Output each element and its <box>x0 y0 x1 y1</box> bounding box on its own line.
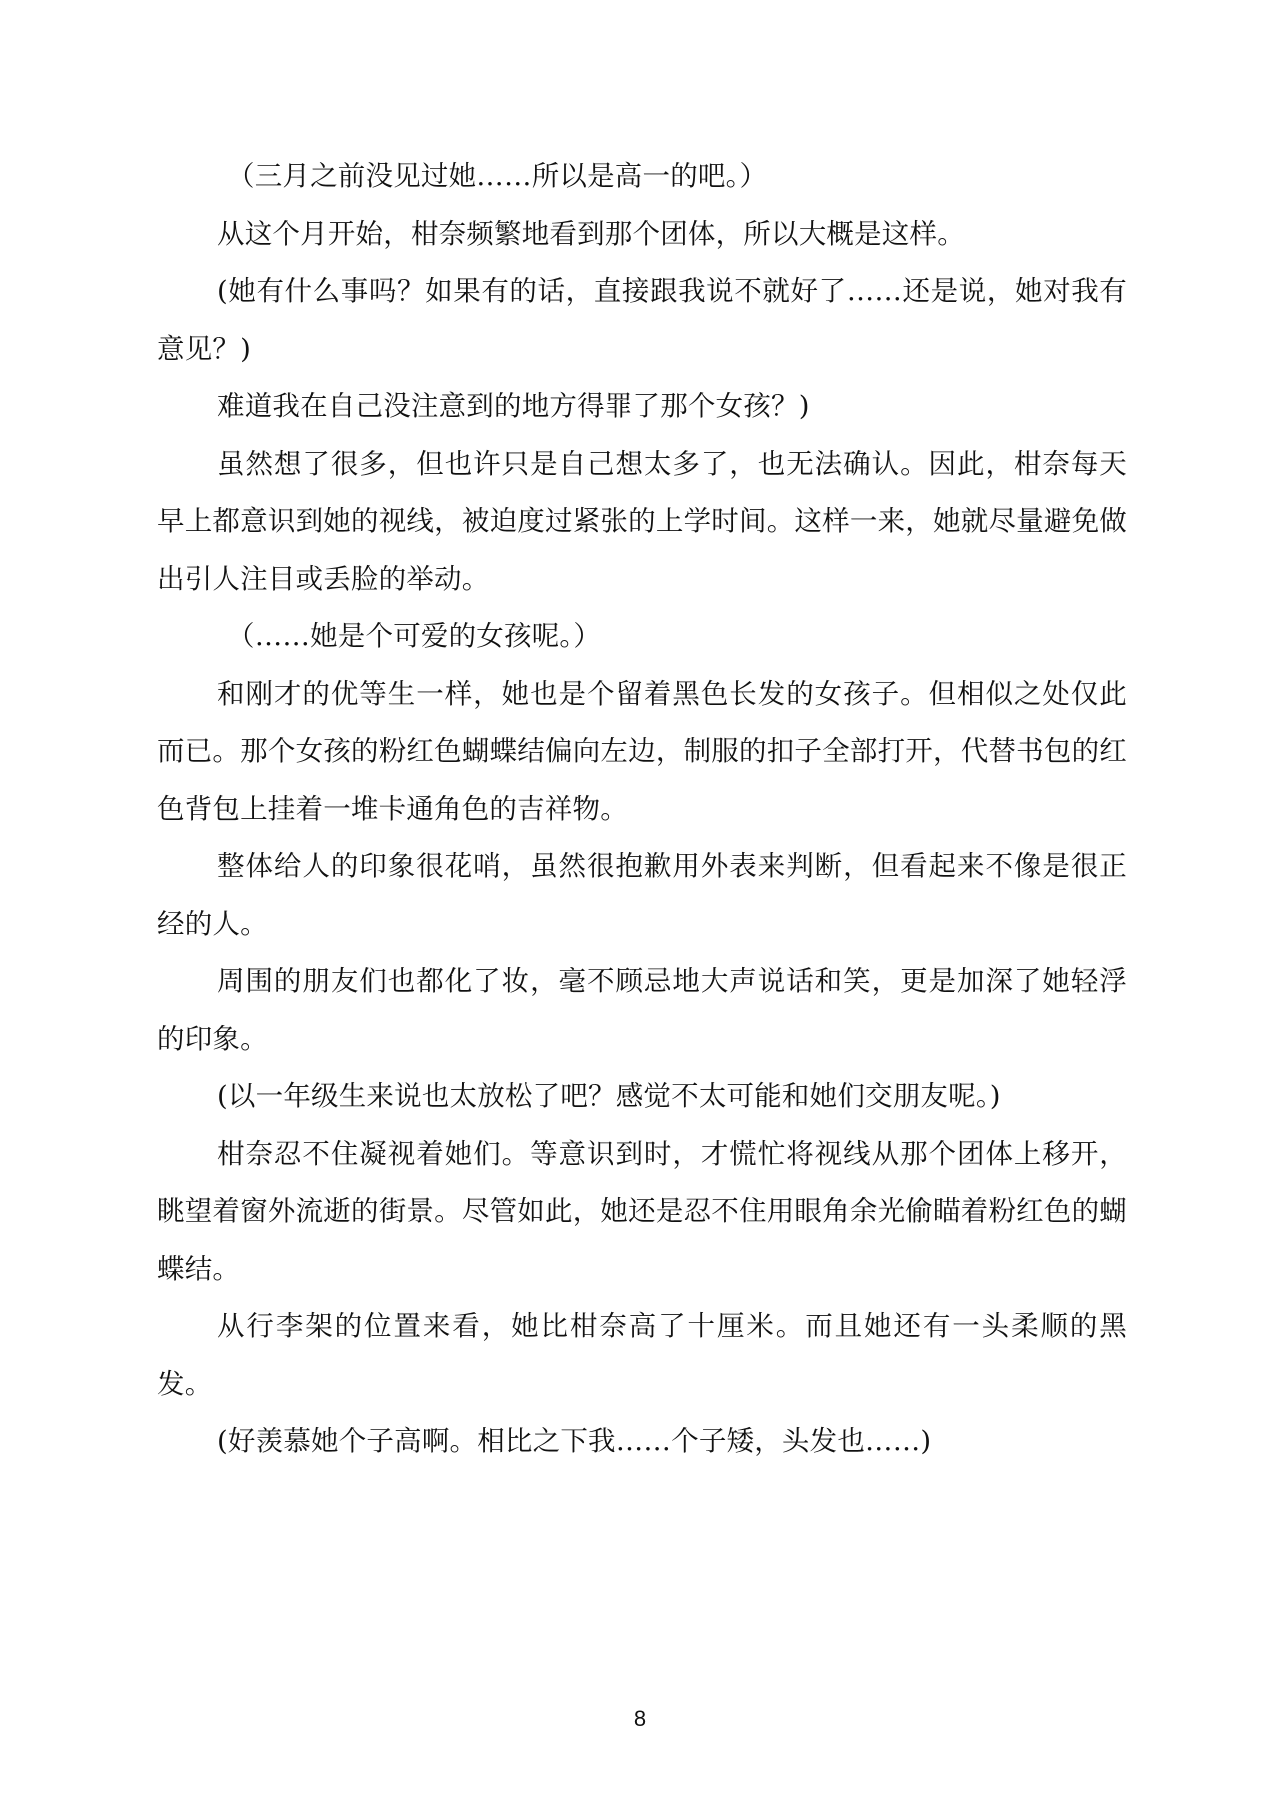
paragraph-narration: 周围的朋友们也都化了妆，毫不顾忌地大声说话和笑，更是加深了她轻浮的印象。 <box>157 953 1127 1068</box>
paragraph-inner-thought: (好羡慕她个子高啊。相比之下我……个子矮，头发也……) <box>157 1413 1127 1471</box>
page-number: 8 <box>0 1706 1280 1732</box>
paragraph-inner-thought: (她有什么事吗？如果有的话，直接跟我说不就好了……还是说，她对我有意见？) <box>157 263 1127 378</box>
document-body: （三月之前没见过她……所以是高一的吧。） 从这个月开始，柑奈频繁地看到那个团体，… <box>157 148 1127 1471</box>
paragraph-narration: 从这个月开始，柑奈频繁地看到那个团体，所以大概是这样。 <box>157 206 1127 264</box>
paragraph-inner-thought: （三月之前没见过她……所以是高一的吧。） <box>157 148 1127 206</box>
paragraph-narration: 虽然想了很多，但也许只是自己想太多了，也无法确认。因此，柑奈每天早上都意识到她的… <box>157 436 1127 609</box>
paragraph-inner-thought: 难道我在自己没注意到的地方得罪了那个女孩？) <box>157 378 1127 436</box>
paragraph-inner-thought: (以一年级生来说也太放松了吧？感觉不太可能和她们交朋友呢。) <box>157 1068 1127 1126</box>
paragraph-narration: 和刚才的优等生一样，她也是个留着黑色长发的女孩子。但相似之处仅此而已。那个女孩的… <box>157 666 1127 839</box>
paragraph-narration: 从行李架的位置来看，她比柑奈高了十厘米。而且她还有一头柔顺的黑发。 <box>157 1298 1127 1413</box>
paragraph-inner-thought: （……她是个可爱的女孩呢。） <box>157 608 1127 666</box>
paragraph-narration: 整体给人的印象很花哨，虽然很抱歉用外表来判断，但看起来不像是很正经的人。 <box>157 838 1127 953</box>
paragraph-narration: 柑奈忍不住凝视着她们。等意识到时，才慌忙将视线从那个团体上移开，眺望着窗外流逝的… <box>157 1126 1127 1299</box>
